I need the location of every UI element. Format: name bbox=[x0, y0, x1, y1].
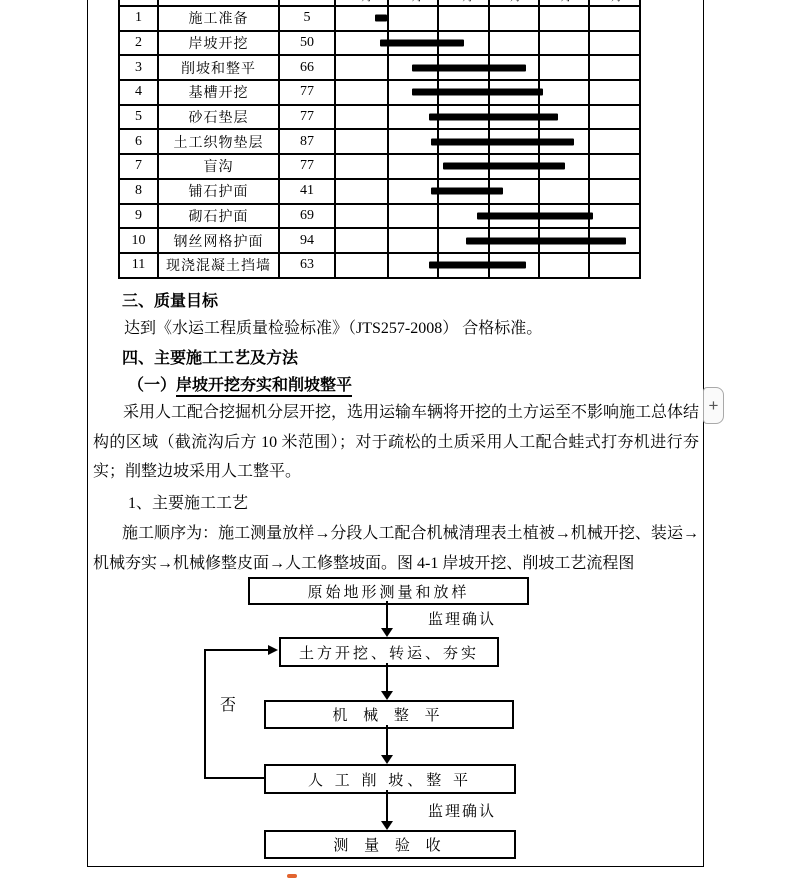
page-border-bottom bbox=[87, 866, 704, 867]
table-row: 6 土工织物垫层 87 bbox=[119, 129, 640, 154]
table-row: 4 基槽开挖 77 bbox=[119, 80, 640, 105]
table-row: 11 现浇混凝土挡墙 63 bbox=[119, 253, 640, 278]
task-duration: 50 bbox=[279, 31, 335, 56]
task-name: 砌石护面 bbox=[158, 204, 279, 229]
month-label: 3月 bbox=[589, 0, 640, 4]
heading-quality-target: 三、质量目标 bbox=[93, 291, 728, 313]
gantt-bar bbox=[443, 163, 566, 170]
table-row: 10 钢丝网格护面 94 bbox=[119, 228, 640, 253]
flow-box-manual-slope: 人 工 削 坡、整 平 bbox=[264, 764, 516, 794]
task-duration: 94 bbox=[279, 228, 335, 253]
flow-box-machine-level: 机 械 整 平 bbox=[264, 700, 514, 729]
flow-box-excavation: 土方开挖、转运、夯实 bbox=[279, 637, 499, 667]
paragraph-excavation-method: 采用人工配合挖掘机分层开挖，选用运输车辆将开挖的土方运至不影响施工总体结构的区域… bbox=[93, 398, 699, 487]
document-page: 10月11月12月1月2月3月 1 施工准备 5 2 岸坡开挖 50 3 削坡和… bbox=[0, 0, 793, 878]
expand-button[interactable]: + bbox=[703, 387, 724, 424]
table-row: 2 岸坡开挖 50 bbox=[119, 31, 640, 56]
task-name: 土工织物垫层 bbox=[158, 129, 279, 154]
flow-box-survey: 原始地形测量和放样 bbox=[248, 577, 529, 605]
feedback-arrow-head-icon bbox=[268, 645, 278, 655]
arrow-line-4 bbox=[386, 790, 388, 822]
gantt-cell bbox=[335, 179, 640, 204]
gantt-cell bbox=[335, 31, 640, 56]
gantt-cell bbox=[335, 80, 640, 105]
arrow-head-2-icon bbox=[381, 691, 393, 700]
gantt-cell bbox=[335, 154, 640, 179]
table-row: 1 施工准备 5 bbox=[119, 6, 640, 31]
task-name: 现浇混凝土挡墙 bbox=[158, 253, 279, 278]
task-name: 基槽开挖 bbox=[158, 80, 279, 105]
page-border-left bbox=[87, 0, 88, 867]
task-number: 9 bbox=[119, 204, 158, 229]
table-row: 5 砂石垫层 77 bbox=[119, 105, 640, 130]
page-bottom-marker bbox=[287, 874, 297, 878]
month-label: 12月 bbox=[437, 0, 488, 4]
task-name: 施工准备 bbox=[158, 6, 279, 31]
gantt-table-body: 10月11月12月1月2月3月 1 施工准备 5 2 岸坡开挖 50 3 削坡和… bbox=[119, 0, 640, 278]
month-label: 2月 bbox=[538, 0, 589, 4]
header-task-cell bbox=[158, 0, 279, 6]
gantt-bar bbox=[466, 237, 626, 244]
task-number: 11 bbox=[119, 253, 158, 278]
paragraph-construction-sequence: 施工顺序为：施工测量放样→分段人工配合机械清理表土植被→机械开挖、装运→机械夯实… bbox=[93, 519, 699, 578]
task-number: 4 bbox=[119, 80, 158, 105]
task-duration: 66 bbox=[279, 55, 335, 80]
task-duration: 69 bbox=[279, 204, 335, 229]
arrow-line-3 bbox=[386, 725, 388, 756]
task-name: 盲沟 bbox=[158, 154, 279, 179]
page-border-right bbox=[703, 0, 704, 867]
task-duration: 77 bbox=[279, 80, 335, 105]
gantt-cell bbox=[335, 6, 640, 31]
task-duration: 77 bbox=[279, 105, 335, 130]
paragraph-quality-standard: 达到《水运工程质量检验标准》（JTS257-2008） 合格标准。 bbox=[93, 318, 730, 340]
task-number: 10 bbox=[119, 228, 158, 253]
gantt-bar bbox=[429, 262, 526, 269]
gantt-cell bbox=[335, 129, 640, 154]
heading-main-methods: 四、主要施工工艺及方法 bbox=[93, 348, 728, 370]
gantt-cell bbox=[335, 228, 640, 253]
task-name: 砂石垫层 bbox=[158, 105, 279, 130]
task-name: 岸坡开挖 bbox=[158, 31, 279, 56]
supervisor-confirm-label-1: 监理确认 bbox=[428, 608, 496, 629]
task-name: 削坡和整平 bbox=[158, 55, 279, 80]
arrow-head-3-icon bbox=[381, 755, 393, 764]
task-name: 钢丝网格护面 bbox=[158, 228, 279, 253]
task-duration: 41 bbox=[279, 179, 335, 204]
gantt-cell bbox=[335, 253, 640, 278]
arrow-line-2 bbox=[386, 663, 388, 692]
heading-prefix: （一） bbox=[128, 377, 176, 394]
gantt-bar bbox=[477, 212, 593, 219]
arrow-head-4-icon bbox=[381, 821, 393, 830]
month-label: 1月 bbox=[488, 0, 539, 4]
task-number: 8 bbox=[119, 179, 158, 204]
month-label: 11月 bbox=[387, 0, 438, 4]
task-duration: 77 bbox=[279, 154, 335, 179]
task-number: 6 bbox=[119, 129, 158, 154]
table-row: 9 砌石护面 69 bbox=[119, 204, 640, 229]
gantt-bar bbox=[380, 40, 464, 47]
header-days-cell bbox=[279, 0, 335, 6]
schedule-gantt-table: 10月11月12月1月2月3月 1 施工准备 5 2 岸坡开挖 50 3 削坡和… bbox=[118, 0, 641, 279]
task-number: 2 bbox=[119, 31, 158, 56]
gantt-cell bbox=[335, 105, 640, 130]
feedback-no-label: 否 bbox=[220, 692, 236, 715]
heading-underlined-title: 岸坡开挖夯实和削坡整平 bbox=[176, 377, 352, 397]
gantt-cell bbox=[335, 55, 640, 80]
task-duration: 87 bbox=[279, 129, 335, 154]
task-number: 7 bbox=[119, 154, 158, 179]
subheading-main-process: 1、主要施工工艺 bbox=[93, 493, 734, 515]
gantt-bar bbox=[375, 15, 386, 22]
feedback-line-vertical bbox=[204, 649, 206, 778]
gantt-bar bbox=[429, 114, 558, 121]
header-num-cell bbox=[119, 0, 158, 6]
table-row: 7 盲沟 77 bbox=[119, 154, 640, 179]
supervisor-confirm-label-2: 监理确认 bbox=[428, 800, 496, 821]
task-number: 5 bbox=[119, 105, 158, 130]
table-row: 3 削坡和整平 66 bbox=[119, 55, 640, 80]
gantt-bar bbox=[412, 64, 526, 71]
task-duration: 5 bbox=[279, 6, 335, 31]
gantt-bar bbox=[412, 89, 543, 96]
feedback-line-top bbox=[204, 649, 270, 651]
task-number: 1 bbox=[119, 6, 158, 31]
gantt-bar bbox=[431, 138, 574, 145]
flow-box-acceptance: 测 量 验 收 bbox=[264, 830, 516, 859]
task-name: 铺石护面 bbox=[158, 179, 279, 204]
table-row: 8 铺石护面 41 bbox=[119, 179, 640, 204]
month-label: 10月 bbox=[336, 0, 387, 4]
task-number: 3 bbox=[119, 55, 158, 80]
task-duration: 63 bbox=[279, 253, 335, 278]
arrow-head-1-icon bbox=[381, 628, 393, 637]
feedback-line-bottom bbox=[204, 777, 264, 779]
heading-slope-excavation: （一）岸坡开挖夯实和削坡整平 bbox=[93, 375, 734, 397]
arrow-line-1 bbox=[386, 601, 388, 630]
gantt-cell bbox=[335, 204, 640, 229]
gantt-bar bbox=[431, 188, 503, 195]
